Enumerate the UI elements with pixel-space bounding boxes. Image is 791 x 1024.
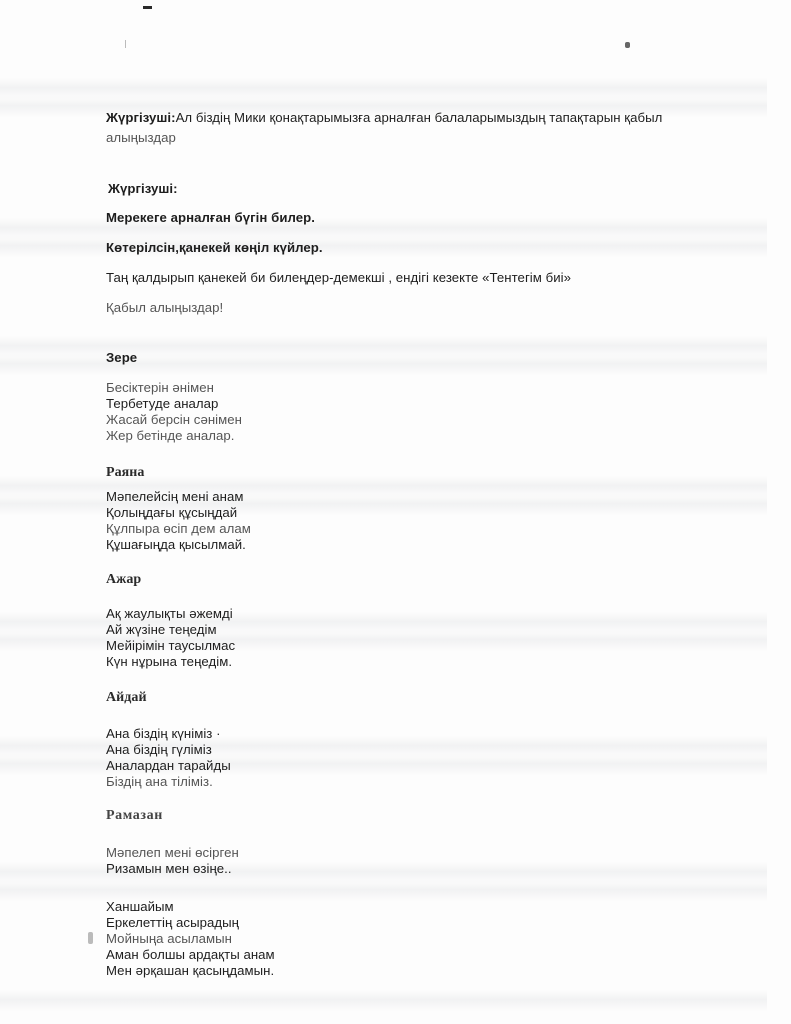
poem-author: Ажар: [106, 572, 141, 588]
poem-line: Мәпелейсің мені анам: [106, 489, 244, 505]
poem-line: Ана біздің гүліміз: [106, 742, 212, 758]
scan-speck: [125, 40, 126, 48]
poem-line: Ханшайым: [106, 899, 174, 915]
poem-line: Аман болшы ардақты анам: [106, 947, 275, 963]
poem-line: Ризамын мен өзіңе..: [106, 861, 232, 877]
poem-line: Ана біздің күніміз ·: [106, 726, 221, 742]
poem-line: Күн нұрына теңедім.: [106, 654, 232, 670]
poem-line: Мейірімін таусылмас: [106, 638, 235, 654]
intro-line-2: алыңыздар: [106, 130, 176, 146]
poem-line: Құлпыра өсіп дем алам: [106, 521, 251, 537]
poem-author: Раяна: [106, 465, 144, 481]
poem-line: Ақ жаулықты әжемді: [106, 606, 233, 622]
speaker-label: Жүргізуші:: [106, 110, 176, 125]
intro-text: Ал біздің Мики қонақтарымызға арналған б…: [176, 110, 663, 125]
poem-line: Қолыңдағы құсыңдай: [106, 505, 237, 521]
poem-author: Рамазан: [106, 808, 163, 824]
poem-line: Мойныңа асыламын: [106, 931, 232, 947]
scan-speck: [143, 6, 152, 9]
poem-line: Мен әрқашан қасыңдамын.: [106, 963, 274, 979]
poem-line: Еркелеттің асырадың: [106, 915, 239, 931]
presenter-line: Таң қалдырып қанекей би билеңдер-демекші…: [106, 270, 571, 286]
presenter-heading: Жүргізуші:: [108, 181, 178, 197]
poem-line: Жасай берсін сәнімен: [106, 412, 242, 428]
scan-bleed: [0, 78, 767, 100]
poem-line: Құшағыңда қысылмай.: [106, 537, 246, 553]
presenter-line: Қабыл алыңыздар!: [106, 300, 223, 316]
poem-line: Мәпелеп мені өсірген: [106, 845, 239, 861]
poem-line: Біздің ана тіліміз.: [106, 774, 213, 790]
presenter-line: Мерекеге арналған бүгін билер.: [106, 210, 315, 226]
intro-line-1: Жүргізуші:Ал біздің Мики қонақтарымызға …: [106, 110, 662, 126]
poem-line: Тербетуде аналар: [106, 396, 218, 412]
poem-line: Ай жүзіне теңедім: [106, 622, 217, 638]
scanned-page: Жүргізуші:Ал біздің Мики қонақтарымызға …: [0, 0, 791, 1024]
poem-line: Бесіктерін әнімен: [106, 380, 214, 396]
scan-speck: [625, 42, 630, 48]
scan-bleed: [0, 990, 767, 1012]
scan-speck: [88, 932, 93, 944]
poem-line: Аналардан тарайды: [106, 758, 231, 774]
poem-line: Жер бетінде аналар.: [106, 428, 235, 444]
poem-author: Айдай: [106, 690, 147, 706]
poem-author: Зере: [106, 350, 137, 366]
presenter-line: Көтерілсін,қанекей көңіл күйлер.: [106, 240, 323, 256]
